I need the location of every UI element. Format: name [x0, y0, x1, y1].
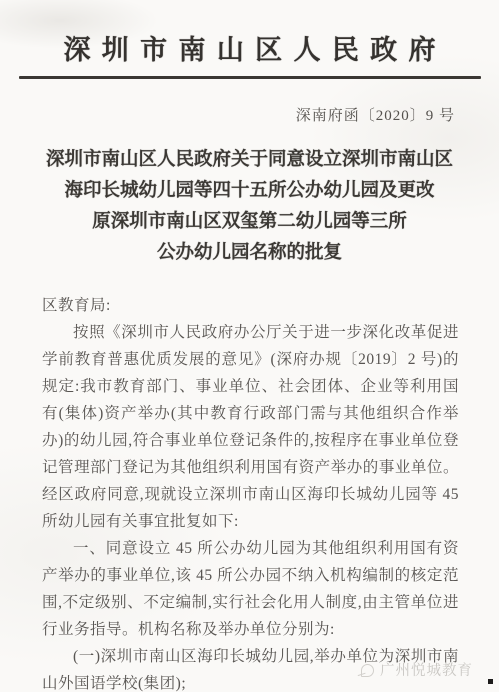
- watermark: 广州悦城教育: [357, 659, 473, 680]
- watermark-text: 广州悦城教育: [380, 659, 473, 680]
- scanned-document-page: 深圳市南山区人民政府 深南府函〔2020〕9 号 深圳市南山区人民政府关于同意设…: [0, 0, 499, 692]
- body-paragraph-1: 按照《深圳市人民政府办公厅关于进一步深化改革促进学前教育普惠优质发展的意见》(深…: [42, 319, 459, 535]
- document-number: 深南府函〔2020〕9 号: [0, 104, 499, 125]
- scan-artifact-dot: [488, 679, 493, 684]
- document-title-line-2: 海印长城幼儿园等四十五所公办幼儿园及更改: [0, 176, 499, 207]
- salutation: 区教育局:: [42, 292, 459, 319]
- body-paragraph-2: 一、同意设立 45 所公办幼儿园为其他组织利用国有资产举办的事业单位,该 45 …: [42, 535, 459, 643]
- document-title-line-4: 公办幼儿园名称的批复: [0, 238, 499, 269]
- letterhead-divider: [19, 76, 481, 79]
- document-title-line-3: 原深圳市南山区双玺第二幼儿园等三所: [0, 207, 499, 238]
- document-title: 深圳市南山区人民政府关于同意设立深圳市南山区 海印长城幼儿园等四十五所公办幼儿园…: [0, 145, 499, 269]
- document-body: 区教育局: 按照《深圳市人民政府办公厅关于进一步深化改革促进学前教育普惠优质发展…: [0, 292, 499, 692]
- letterhead-org-name: 深圳市南山区人民政府: [0, 28, 499, 67]
- document-title-line-1: 深圳市南山区人民政府关于同意设立深圳市南山区: [0, 145, 499, 176]
- watermark-logo-icon: [357, 663, 375, 677]
